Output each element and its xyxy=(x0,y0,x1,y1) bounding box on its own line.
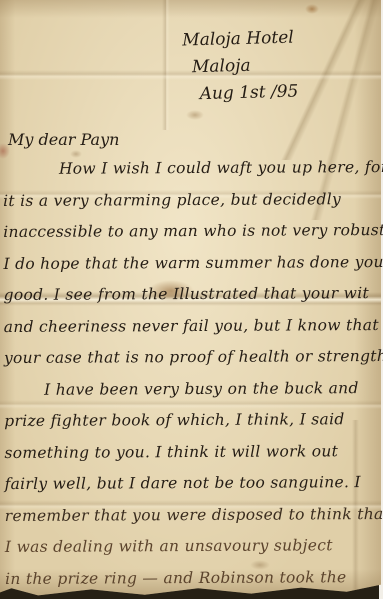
body-line: I have been very busy on the buck and xyxy=(44,373,381,406)
body-line: and cheeriness never fail you, but I kno… xyxy=(4,310,381,343)
heading-date: Aug 1st /95 xyxy=(199,78,298,108)
letter-body: How I wish I could waft you up here, for… xyxy=(3,152,382,595)
body-line: How I wish I could waft you up here, for xyxy=(59,152,380,185)
heading-hotel-name: Maloja Hotel xyxy=(182,25,297,55)
letter-content: Maloja Hotel Maloja Aug 1st /95 My dear … xyxy=(0,0,383,599)
heading-place: Maloja xyxy=(192,52,298,82)
body-line: your case that is no proof of health or … xyxy=(4,341,381,374)
body-line: inaccessible to any man who is not very … xyxy=(3,215,380,248)
body-line: I do hope that the warm summer has done … xyxy=(3,247,380,280)
body-line: it is a very charming place, but decided… xyxy=(3,184,380,217)
body-line: good. I see from the Illustrated that yo… xyxy=(4,278,381,311)
body-line: remember that you were disposed to think… xyxy=(5,499,382,532)
body-line: prize fighter book of which, I think, I … xyxy=(4,404,381,437)
letter-salutation: My dear Payn xyxy=(8,130,119,149)
body-line: fairly well, but I dare not be too sangu… xyxy=(4,467,381,500)
letter-scan: Maloja Hotel Maloja Aug 1st /95 My dear … xyxy=(0,0,383,599)
body-line: in the prize ring — and Robinson took th… xyxy=(5,562,382,595)
body-line: something to you. I think it will work o… xyxy=(4,436,381,469)
letter-heading: Maloja Hotel Maloja Aug 1st /95 xyxy=(182,25,299,109)
body-line: I was dealing with an unsavoury subject xyxy=(5,530,382,563)
